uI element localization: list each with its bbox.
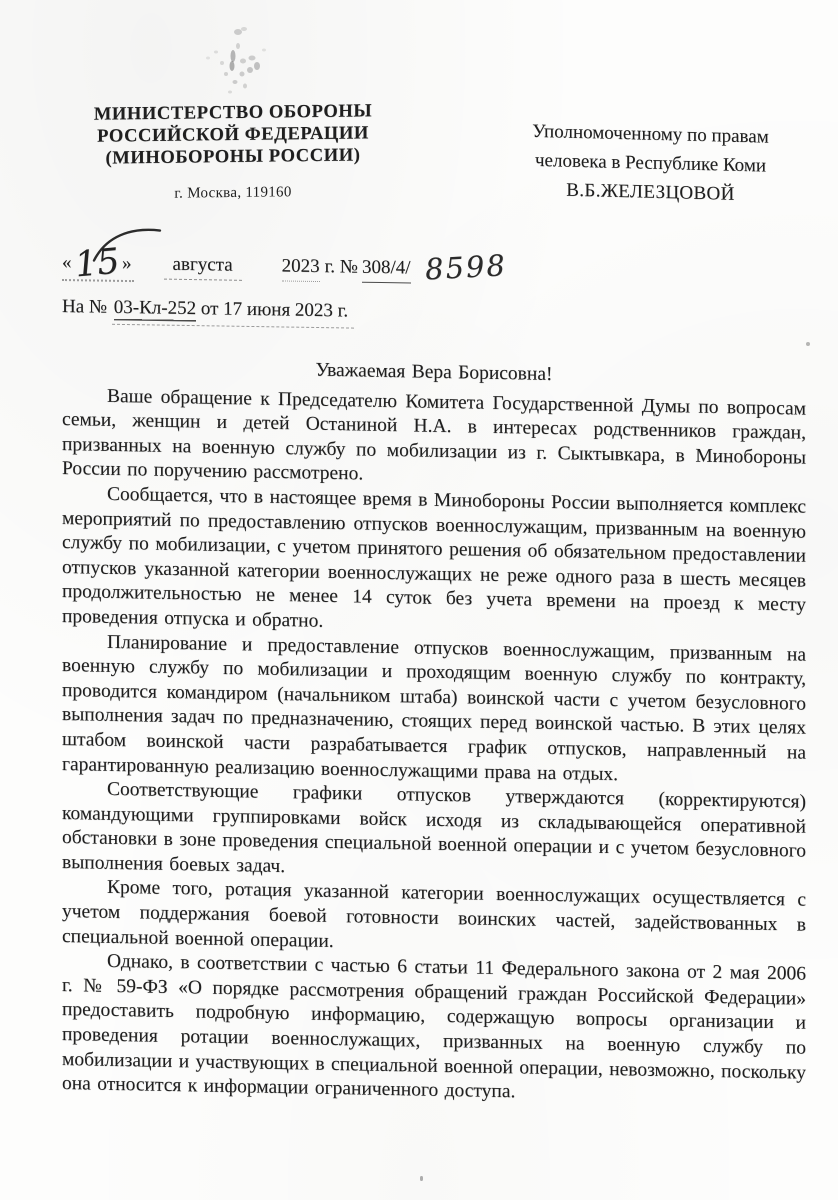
scan-speck <box>806 342 810 346</box>
reply-reference-line: На № 03-Кл-252 от 17 июня 2023 г. <box>62 296 662 333</box>
scanned-letter-page: МИНИСТЕРСТВО ОБОРОНЫ РОССИЙСКОЙ ФЕДЕРАЦИ… <box>0 0 838 1200</box>
reply-date: от 17 июня 2023 г. <box>201 298 348 321</box>
reference-block: «15»августа2023г. №308/4/8598 На № 03-Кл… <box>62 244 662 333</box>
outgoing-number: 308/4/ <box>362 257 411 284</box>
date-month: августа <box>164 254 242 281</box>
date-number-line: «15»августа2023г. №308/4/8598 <box>62 244 662 299</box>
body-paragraph: Кроме того, ротация указанной категории … <box>62 875 806 962</box>
number-sign-label: г. № <box>325 256 358 278</box>
body-paragraph: Сообщается, что в настоящее время в Мино… <box>62 482 806 643</box>
reply-number: 03-Кл-252 <box>114 297 196 320</box>
date-year: 2023 <box>282 255 320 282</box>
handwritten-outgoing-number: 8598 <box>423 248 507 286</box>
letter-body: Уважаемая Вера Борисовна! Ваше обращение… <box>62 354 806 1110</box>
body-paragraph: Ваше обращение к Председателю Комитета Г… <box>62 384 806 496</box>
body-paragraph: Соответствующие графики отпусков утвержд… <box>62 777 806 889</box>
open-quote: « <box>62 252 72 273</box>
coat-of-arms-emblem <box>186 6 296 111</box>
date-day-group: «15» <box>62 252 134 282</box>
body-paragraph: Однако, в соответствии с частью 6 статьи… <box>62 949 806 1110</box>
reply-prefix: На № <box>62 296 107 318</box>
close-quote: » <box>122 253 132 274</box>
scan-speck <box>420 1176 423 1181</box>
org-address: г. Москва, 119160 <box>68 183 398 204</box>
org-name-line: (МИНОБОРОНЫ РОССИИ) <box>68 144 398 170</box>
body-paragraph: Планирование и предоставление отпусков в… <box>62 630 806 791</box>
handwritten-day: 15 <box>74 252 120 276</box>
reply-reference-dashed-group: 03-Кл-252 от 17 июня 2023 г. <box>112 297 354 329</box>
recipient-block: Уполномоченному по правам человека в Рес… <box>498 116 803 210</box>
letterhead-block: МИНИСТЕРСТВО ОБОРОНЫ РОССИЙСКОЙ ФЕДЕРАЦИ… <box>68 100 398 204</box>
